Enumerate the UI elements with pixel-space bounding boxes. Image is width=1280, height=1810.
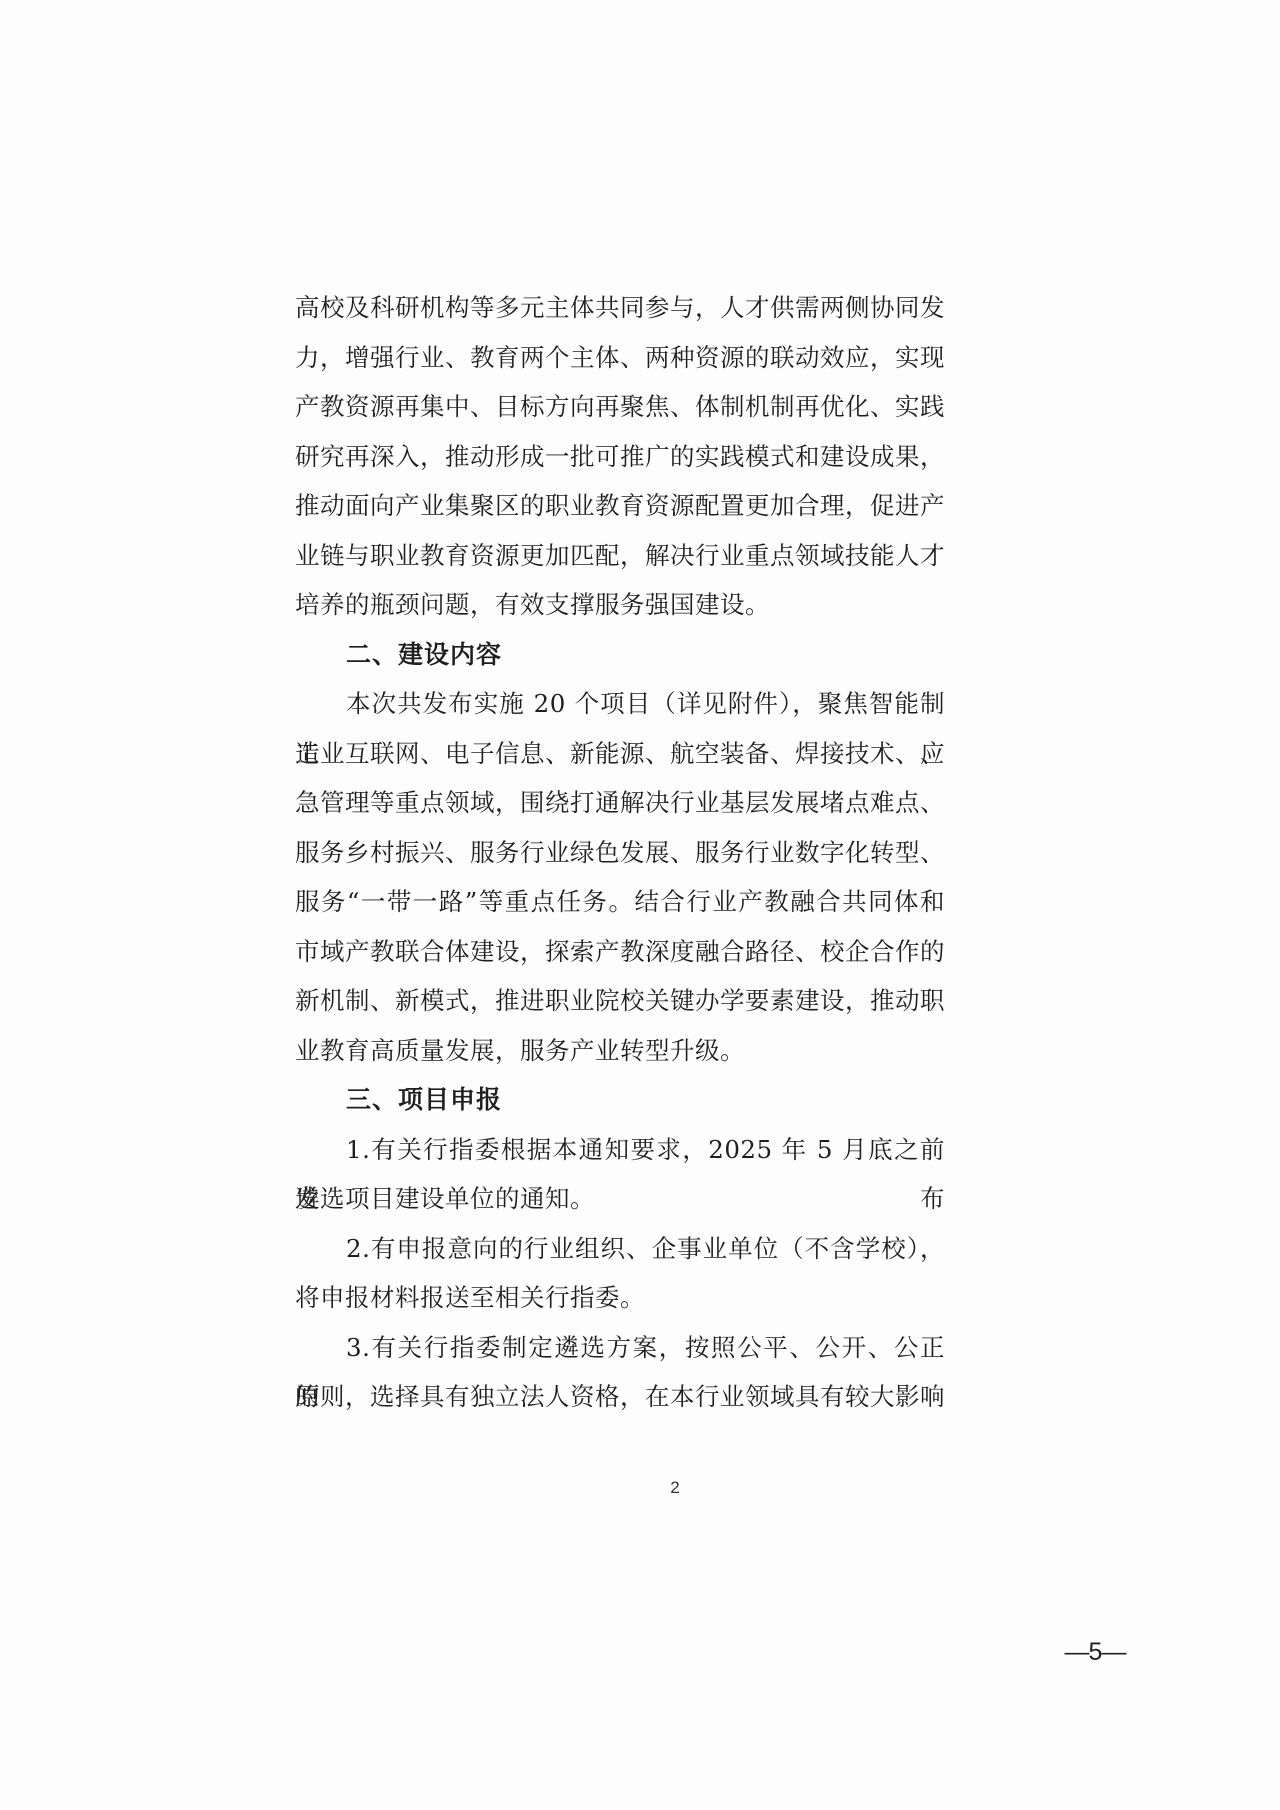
folio-number: —5— [1015, 1638, 1175, 1667]
text-line: 产教资源再集中、目标方向再聚焦、体制机制再优化、实践 [295, 382, 945, 432]
text-line: 本次共发布实施 20 个项目（详见附件），聚焦智能制造、 [295, 679, 945, 729]
text-line: 工业互联网、电子信息、新能源、航空装备、焊接技术、应 [295, 729, 945, 779]
text-line: 研究再深入，推动形成一批可推广的实践模式和建设成果， [295, 432, 945, 482]
text-line: 力，增强行业、教育两个主体、两种资源的联动效应，实现 [295, 333, 945, 383]
text-line: 新机制、新模式，推进职业院校关键办学要素建设，推动职 [295, 976, 945, 1026]
page-number: 2 [640, 1478, 710, 1498]
text-line: 业链与职业教育资源更加匹配，解决行业重点领域技能人才 [295, 531, 945, 581]
text-line: 业教育高质量发展，服务产业转型升级。 [295, 1026, 945, 1076]
text-line: 1.有关行指委根据本通知要求，2025 年 5 月底之前发布 [295, 1125, 945, 1175]
text-line: 3.有关行指委制定遴选方案，按照公平、公开、公正的 [295, 1323, 945, 1373]
text-line: 将申报材料报送至相关行指委。 [295, 1273, 945, 1323]
document-page: 高校及科研机构等多元主体共同参与，人才供需两侧协同发 力，增强行业、教育两个主体… [0, 0, 1280, 1810]
text-line: 2.有申报意向的行业组织、企事业单位（不含学校）， [295, 1224, 945, 1274]
text-line: 原则，选择具有独立法人资格，在本行业领域具有较大影响 [295, 1372, 945, 1422]
text-line: 培养的瓶颈问题，有效支撑服务强国建设。 [295, 580, 945, 630]
text-line: 推动面向产业集聚区的职业教育资源配置更加合理，促进产 [295, 481, 945, 531]
section-heading-2: 二、建设内容 [295, 630, 945, 680]
section-heading-3: 三、项目申报 [295, 1075, 945, 1125]
text-line: 服务乡村振兴、服务行业绿色发展、服务行业数字化转型、 [295, 828, 945, 878]
text-line: 服务“一带一路”等重点任务。结合行业产教融合共同体和 [295, 877, 945, 927]
text-line: 急管理等重点领域，围绕打通解决行业基层发展堵点难点、 [295, 778, 945, 828]
document-body: 高校及科研机构等多元主体共同参与，人才供需两侧协同发 力，增强行业、教育两个主体… [295, 283, 945, 1422]
text-line: 市域产教联合体建设，探索产教深度融合路径、校企合作的 [295, 927, 945, 977]
text-line: 高校及科研机构等多元主体共同参与，人才供需两侧协同发 [295, 283, 945, 333]
